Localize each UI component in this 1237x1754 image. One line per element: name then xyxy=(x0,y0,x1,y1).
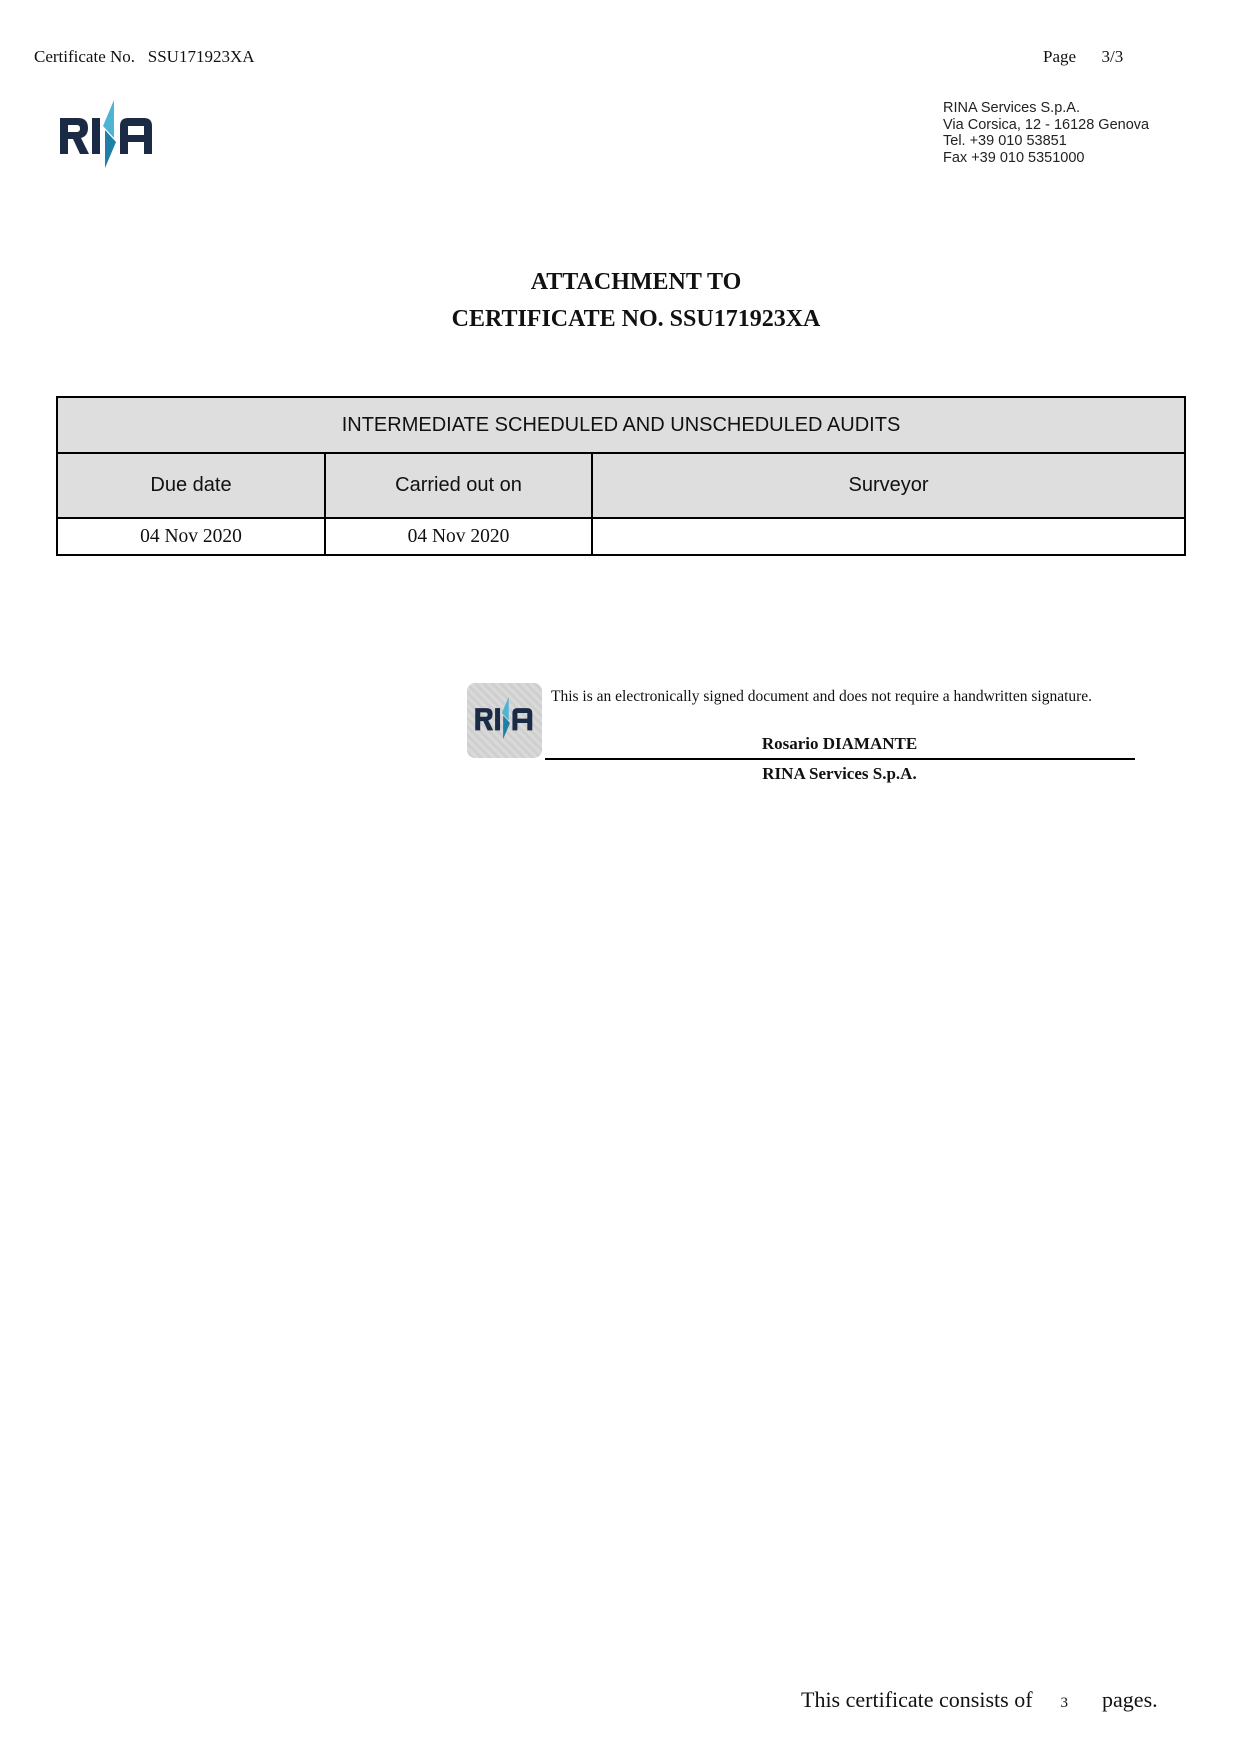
table-title-row: INTERMEDIATE SCHEDULED AND UNSCHEDULED A… xyxy=(57,397,1185,453)
footer-suffix: pages. xyxy=(1102,1687,1158,1712)
rina-seal-logo-icon xyxy=(474,695,536,741)
page-count-footer: This certificate consists of3pages. xyxy=(801,1687,1158,1713)
table-row: 04 Nov 2020 04 Nov 2020 xyxy=(57,518,1185,555)
page-label: Page xyxy=(1043,47,1076,66)
title-line-1: ATTACHMENT TO xyxy=(0,264,1237,301)
certificate-label: Certificate No. xyxy=(34,47,135,66)
page-indicator: Page 3/3 xyxy=(1043,47,1123,67)
signer-name: Rosario DIAMANTE xyxy=(545,734,1134,754)
column-header-carried-out-on: Carried out on xyxy=(325,453,592,518)
page-value: 3/3 xyxy=(1102,47,1124,66)
company-address: RINA Services S.p.A. Via Corsica, 12 - 1… xyxy=(943,100,1149,166)
cell-due-date: 04 Nov 2020 xyxy=(57,518,325,555)
cell-carried-out-on: 04 Nov 2020 xyxy=(325,518,592,555)
column-header-surveyor: Surveyor xyxy=(592,453,1185,518)
electronic-seal xyxy=(467,683,542,758)
table-title: INTERMEDIATE SCHEDULED AND UNSCHEDULED A… xyxy=(57,397,1185,453)
column-header-due-date: Due date xyxy=(57,453,325,518)
company-tel: Tel. +39 010 53851 xyxy=(943,133,1149,150)
company-name: RINA Services S.p.A. xyxy=(943,100,1149,117)
company-fax: Fax +39 010 5351000 xyxy=(943,150,1149,167)
footer-prefix: This certificate consists of xyxy=(801,1687,1033,1712)
rina-logo-icon xyxy=(58,98,158,170)
certificate-number-header: Certificate No. SSU171923XA xyxy=(34,47,255,67)
document-title: ATTACHMENT TO CERTIFICATE NO. SSU171923X… xyxy=(0,264,1237,338)
signature-note: This is an electronically signed documen… xyxy=(551,688,1092,706)
title-line-2: CERTIFICATE NO. SSU171923XA xyxy=(0,301,1237,338)
company-street: Via Corsica, 12 - 16128 Genova xyxy=(943,117,1149,134)
certificate-number: SSU171923XA xyxy=(148,47,255,66)
signature-line xyxy=(545,758,1135,760)
signer-company: RINA Services S.p.A. xyxy=(545,764,1134,784)
table-header-row: Due date Carried out on Surveyor xyxy=(57,453,1185,518)
audit-table: INTERMEDIATE SCHEDULED AND UNSCHEDULED A… xyxy=(56,396,1186,556)
cell-surveyor xyxy=(592,518,1185,555)
footer-page-count: 3 xyxy=(1061,1695,1069,1712)
